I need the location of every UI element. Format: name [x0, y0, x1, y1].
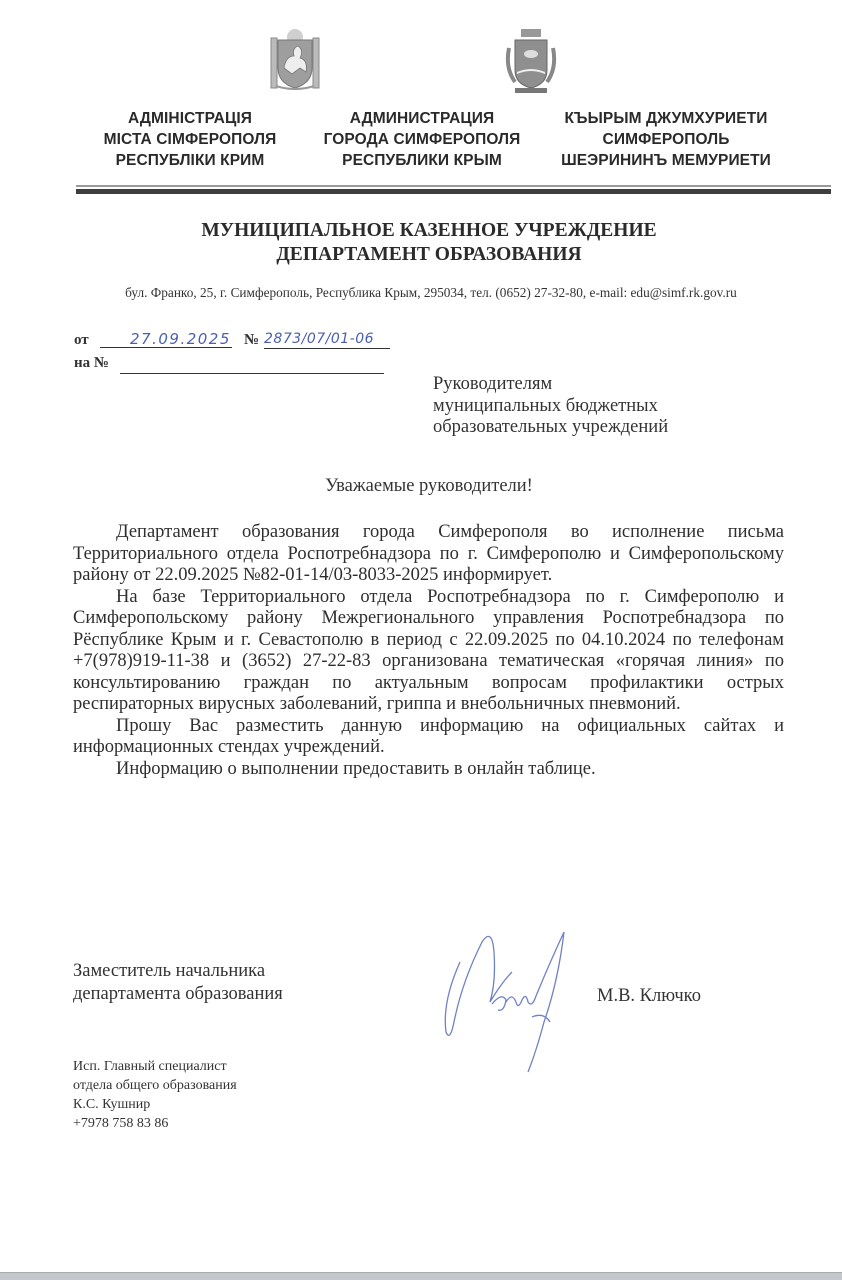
- viewer-bottom-bar: [0, 1272, 842, 1280]
- signatory-position-line: департамента образования: [73, 983, 283, 1006]
- letterhead-line: КЪЫРЫМ ДЖУМХУРИЕТИ: [548, 108, 784, 129]
- letterhead-line: РЕСПУБЛИКИ КРЫМ: [310, 150, 534, 171]
- letterhead-russian: АДМИНИСТРАЦИЯ ГОРОДА СИМФЕРОПОЛЯ РЕСПУБЛ…: [310, 108, 534, 171]
- letterhead-line: ШЕЭРИНИНЪ МЕМУРИЕТИ: [548, 150, 784, 171]
- letterhead-line: АДМІНІСТРАЦІЯ: [90, 108, 290, 129]
- reference-date-label: от: [74, 332, 89, 349]
- organization-title: МУНИЦИПАЛЬНОЕ КАЗЕННОЕ УЧРЕЖДЕНИЕ ДЕПАРТ…: [0, 219, 842, 267]
- letterhead-divider-thick: [76, 189, 831, 194]
- letterhead-ukrainian: АДМІНІСТРАЦІЯ МІСТА СІМФЕРОПОЛЯ РЕСПУБЛІ…: [90, 108, 290, 171]
- simferopol-city-crest-icon: [505, 28, 557, 99]
- addressee-line: образовательных учреждений: [433, 417, 668, 439]
- organization-address: бул. Франко, 25, г. Симферополь, Республ…: [76, 285, 786, 301]
- signatory-position-line: Заместитель начальника: [73, 960, 283, 983]
- body-paragraph: Департамент образования города Симферопо…: [73, 522, 784, 587]
- letterhead-line: МІСТА СІМФЕРОПОЛЯ: [90, 129, 290, 150]
- salutation: Уважаемые руководители!: [0, 476, 842, 497]
- crimea-republic-crest-icon: [270, 28, 320, 95]
- organization-title-line: МУНИЦИПАЛЬНОЕ КАЗЕННОЕ УЧРЕЖДЕНИЕ: [0, 219, 842, 243]
- handwritten-signature-icon: [432, 922, 582, 1087]
- reference-number-label: №: [244, 332, 259, 349]
- signatory-position: Заместитель начальника департамента обра…: [73, 960, 283, 1006]
- letterhead-crimean-tatar: КЪЫРЫМ ДЖУМХУРИЕТИ СИМФЕРОПОЛЬ ШЕЭРИНИНЪ…: [548, 108, 784, 171]
- addressee-block: Руководителям муниципальных бюджетных об…: [433, 374, 668, 439]
- executor-block: Исп. Главный специалист отдела общего об…: [73, 1057, 237, 1133]
- reference-reply-field: [120, 355, 384, 374]
- executor-phone: +7978 758 83 86: [73, 1114, 237, 1133]
- executor-line: отдела общего образования: [73, 1076, 237, 1095]
- letterhead-line: РЕСПУБЛІКИ КРИМ: [90, 150, 290, 171]
- reference-date-field: 27.09.2025: [100, 330, 232, 348]
- body-paragraph: Прошу Вас разместить данную информацию н…: [73, 716, 784, 759]
- reference-number-field: 2873/07/01-06: [264, 330, 390, 349]
- addressee-line: муниципальных бюджетных: [433, 396, 668, 418]
- body-paragraph: Информацию о выполнении предоставить в о…: [73, 759, 784, 781]
- signatory-name: М.В. Ключко: [597, 986, 701, 1007]
- executor-line: Исп. Главный специалист: [73, 1057, 237, 1076]
- executor-line: К.С. Кушнир: [73, 1095, 237, 1114]
- letterhead-divider-thin: [76, 185, 831, 187]
- letterhead-line: АДМИНИСТРАЦИЯ: [310, 108, 534, 129]
- letterhead-line: ГОРОДА СИМФЕРОПОЛЯ: [310, 129, 534, 150]
- organization-title-line: ДЕПАРТАМЕНТ ОБРАЗОВАНИЯ: [0, 243, 842, 267]
- body-paragraph: На базе Территориального отдела Роспотре…: [73, 587, 784, 716]
- addressee-line: Руководителям: [433, 374, 668, 396]
- letterhead-line: СИМФЕРОПОЛЬ: [548, 129, 784, 150]
- letter-body: Департамент образования города Симферопо…: [73, 522, 784, 780]
- reference-reply-label: на №: [74, 355, 109, 372]
